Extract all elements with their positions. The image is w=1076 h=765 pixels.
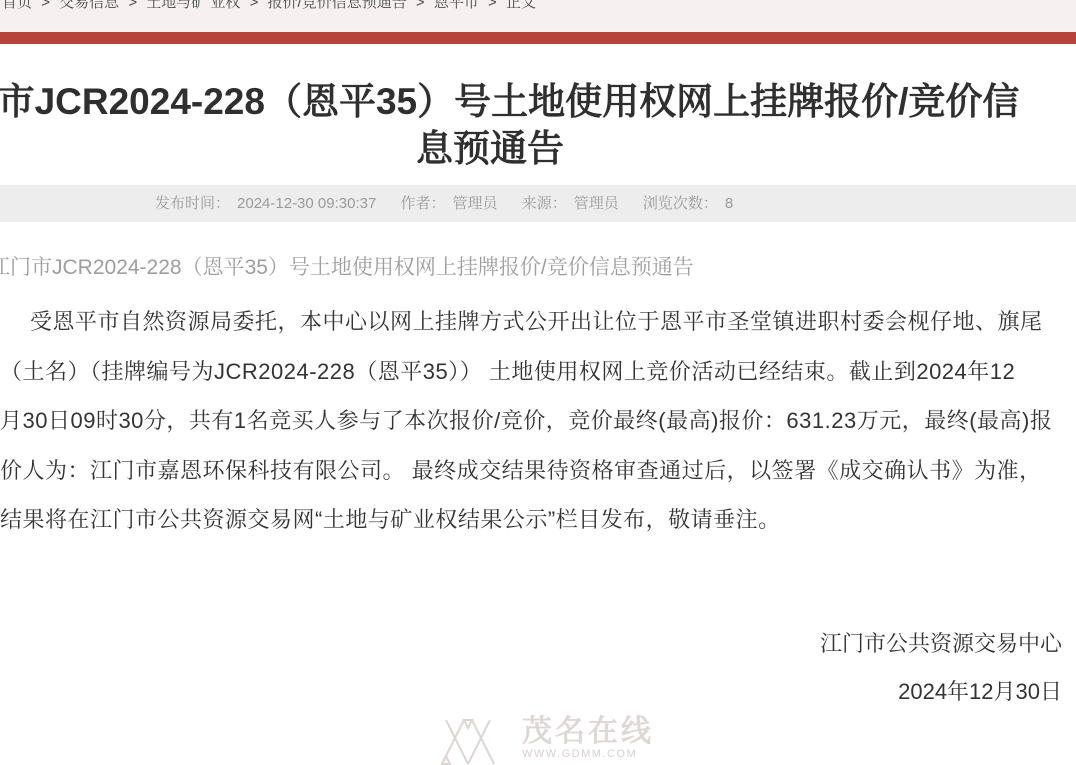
breadcrumb-item-label[interactable]: 土地与矿 业权 <box>146 0 240 11</box>
article-body: 受恩平市自然资源局委托，本中心以网上挂牌方式公开出让位于恩平市圣堂镇进职村委会枧… <box>0 297 1076 545</box>
body-line: 受恩平市自然资源局委托，本中心以网上挂牌方式公开出让位于恩平市圣堂镇进职村委会枧… <box>0 297 1076 347</box>
watermark: 茂名在线 WWW.GDMM.COM <box>438 716 654 765</box>
breadcrumb-separator: > <box>250 0 259 11</box>
meta-field-label: 来源： <box>522 195 567 212</box>
breadcrumb-item[interactable]: 恩平市 > <box>434 0 506 11</box>
breadcrumb-item[interactable]: 交易信息 > <box>59 0 146 11</box>
meta-field: 作者：管理员 <box>400 195 501 212</box>
watermark-logo-icon <box>438 716 512 765</box>
body-line: 结果将在江门市公共资源交易网“土地与矿业权结果公示”栏目发布，敬请垂注。 <box>0 495 1076 545</box>
article-title-line-1: 门市JCR2024-228（恩平35）号土地使用权网上挂牌报价/竞价信 <box>0 78 1028 125</box>
meta-field-value: 管理员 <box>453 195 498 212</box>
body-line: （土名）（挂牌编号为JCR2024-228（恩平35）） 土地使用权网上竞价活动… <box>0 347 1076 397</box>
breadcrumb-item-label[interactable]: 首页 <box>2 0 32 11</box>
breadcrumb: 首页 > 交易信息 > 土地与矿 业权 > 报价/竞价信息预通告 > <box>2 0 536 11</box>
breadcrumb-item[interactable]: 首页 > <box>2 0 59 11</box>
article-subtitle: 江门市JCR2024-228（恩平35）号土地使用权网上挂牌报价/竞价信息预通告 <box>0 251 694 281</box>
breadcrumb-separator: > <box>41 0 50 11</box>
meta-field-value: 管理员 <box>574 195 619 212</box>
article-title: 门市JCR2024-228（恩平35）号土地使用权网上挂牌报价/竞价信 息预通告 <box>0 78 1028 172</box>
breadcrumb-item-label[interactable]: 正文 <box>506 0 536 11</box>
meta-fields: 发布时间：2024-12-30 09:30:37 作者：管理员 来源：管理员 浏… <box>155 185 753 222</box>
body-line: 价人为：江门市嘉恩环保科技有限公司。 最终成交结果待资格审查通过后，以签署《成交… <box>0 446 1076 496</box>
meta-field: 来源：管理员 <box>522 195 623 212</box>
signature-org: 江门市公共资源交易中心 <box>820 627 1062 658</box>
breadcrumb-item-label[interactable]: 报价/竞价信息预通告 <box>268 0 407 11</box>
meta-field-label: 发布时间： <box>155 195 230 212</box>
breadcrumb-bar: 首页 > 交易信息 > 土地与矿 业权 > 报价/竞价信息预通告 > <box>0 0 1076 32</box>
watermark-url: WWW.GDMM.COM <box>522 748 654 761</box>
body-line: 月30日09时30分，共有1名竞买人参与了本次报价/竞价，竞价最终(最高)报价：… <box>0 396 1076 446</box>
meta-field: 发布时间：2024-12-30 09:30:37 <box>155 195 380 212</box>
meta-bar: 发布时间：2024-12-30 09:30:37 作者：管理员 来源：管理员 浏… <box>0 185 1076 222</box>
red-divider-bar <box>0 32 1076 44</box>
watermark-text: 茂名在线 WWW.GDMM.COM <box>522 716 654 761</box>
breadcrumb-item[interactable]: 报价/竞价信息预通告 > <box>268 0 434 11</box>
meta-field-label: 浏览次数： <box>643 195 718 212</box>
meta-field-value: 8 <box>725 195 733 212</box>
article-title-line-2: 息预通告 <box>0 125 1028 172</box>
breadcrumb-separator: > <box>488 0 497 11</box>
breadcrumb-separator: > <box>128 0 137 11</box>
signature-date: 2024年12月30日 <box>898 675 1062 706</box>
breadcrumb-item[interactable]: 土地与矿 业权 > <box>146 0 267 11</box>
meta-field: 浏览次数：8 <box>643 195 733 212</box>
meta-field-value: 2024-12-30 09:30:37 <box>237 195 376 212</box>
breadcrumb-item-label[interactable]: 恩平市 <box>434 0 479 11</box>
page-root: 首页 > 交易信息 > 土地与矿 业权 > 报价/竞价信息预通告 > <box>0 0 1076 765</box>
watermark-site-name: 茂名在线 <box>522 716 654 748</box>
meta-field-label: 作者： <box>400 195 445 212</box>
breadcrumb-separator: > <box>416 0 425 11</box>
breadcrumb-item-label[interactable]: 交易信息 <box>59 0 119 11</box>
breadcrumb-item[interactable]: 正文 > <box>506 0 536 11</box>
